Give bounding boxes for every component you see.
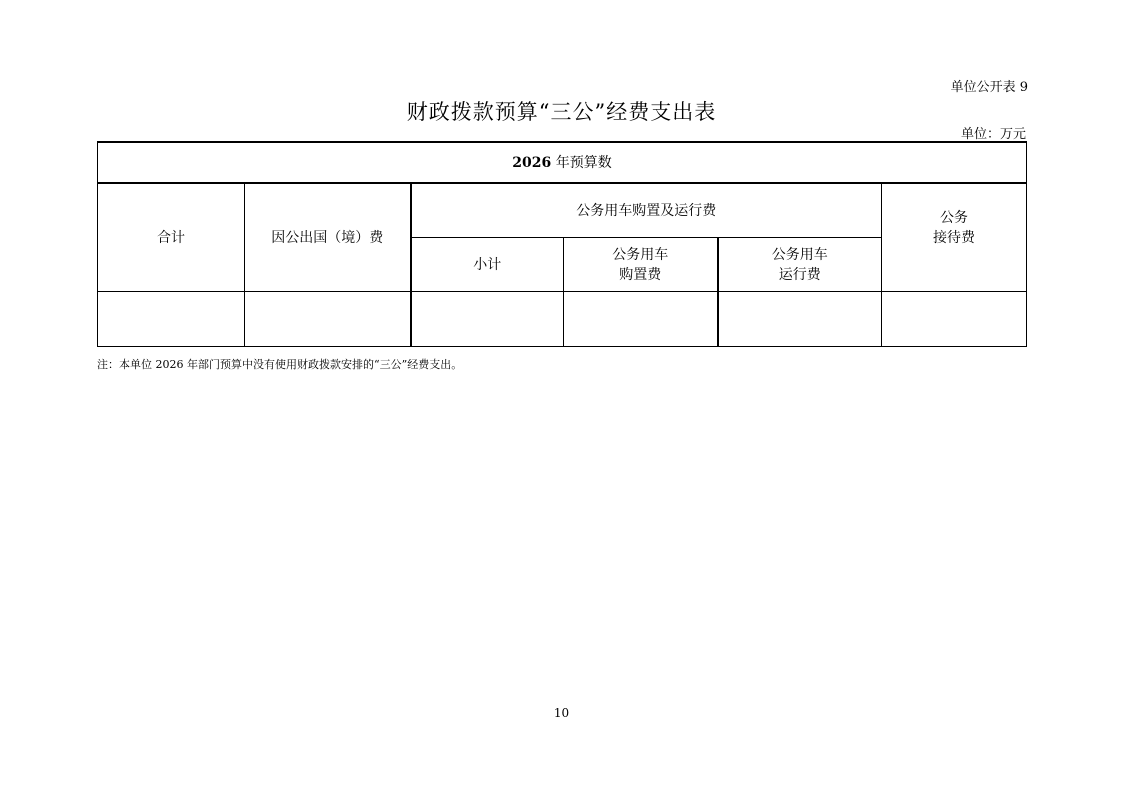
header-vehicle-purchase: 公务用车购置费	[564, 238, 718, 292]
header-vehicle-subtotal: 小计	[411, 238, 564, 292]
header-row-main: 合计 因公出国（境）费 公务用车购置及运行费 公务接待费	[98, 183, 1027, 238]
header-reception: 公务接待费	[882, 183, 1027, 292]
page-title: 财政拨款预算“三公”经费支出表	[0, 96, 1123, 126]
cell-overseas	[245, 292, 411, 347]
form-number: 单位公开表 9	[900, 76, 1028, 95]
three-public-expenses-table: 2026 年预算数 合计 因公出国（境）费 公务用车购置及运行费 公务接待费 小…	[97, 141, 1027, 347]
table-row	[98, 292, 1027, 347]
header-vehicle-operation-line2: 运行费	[719, 265, 882, 285]
header-year: 2026	[512, 155, 551, 171]
header-vehicle-operation: 公务用车运行费	[718, 238, 882, 292]
header-total: 合计	[98, 183, 245, 292]
cell-reception	[882, 292, 1027, 347]
cell-vehicle-purchase	[564, 292, 718, 347]
cell-vehicle-subtotal	[411, 292, 564, 347]
header-year-suffix: 年预算数	[551, 155, 611, 171]
footnote: 注：本单位 2026 年部门预算中没有使用财政拨款安排的“三公”经费支出。	[97, 356, 462, 372]
header-overseas: 因公出国（境）费	[245, 183, 411, 292]
header-vehicle-operation-line1: 公务用车	[719, 245, 882, 265]
header-reception-line2: 接待费	[882, 228, 1026, 248]
page-number: 10	[0, 706, 1123, 720]
unit-label: 单位：万元	[900, 123, 1026, 142]
header-row-year: 2026 年预算数	[98, 142, 1027, 183]
header-vehicle-purchase-line2: 购置费	[564, 265, 717, 285]
header-vehicle-group: 公务用车购置及运行费	[411, 183, 882, 238]
cell-total	[98, 292, 245, 347]
cell-vehicle-operation	[718, 292, 882, 347]
header-reception-line1: 公务	[882, 208, 1026, 228]
header-vehicle-purchase-line1: 公务用车	[564, 245, 717, 265]
header-year-cell: 2026 年预算数	[98, 142, 1027, 183]
